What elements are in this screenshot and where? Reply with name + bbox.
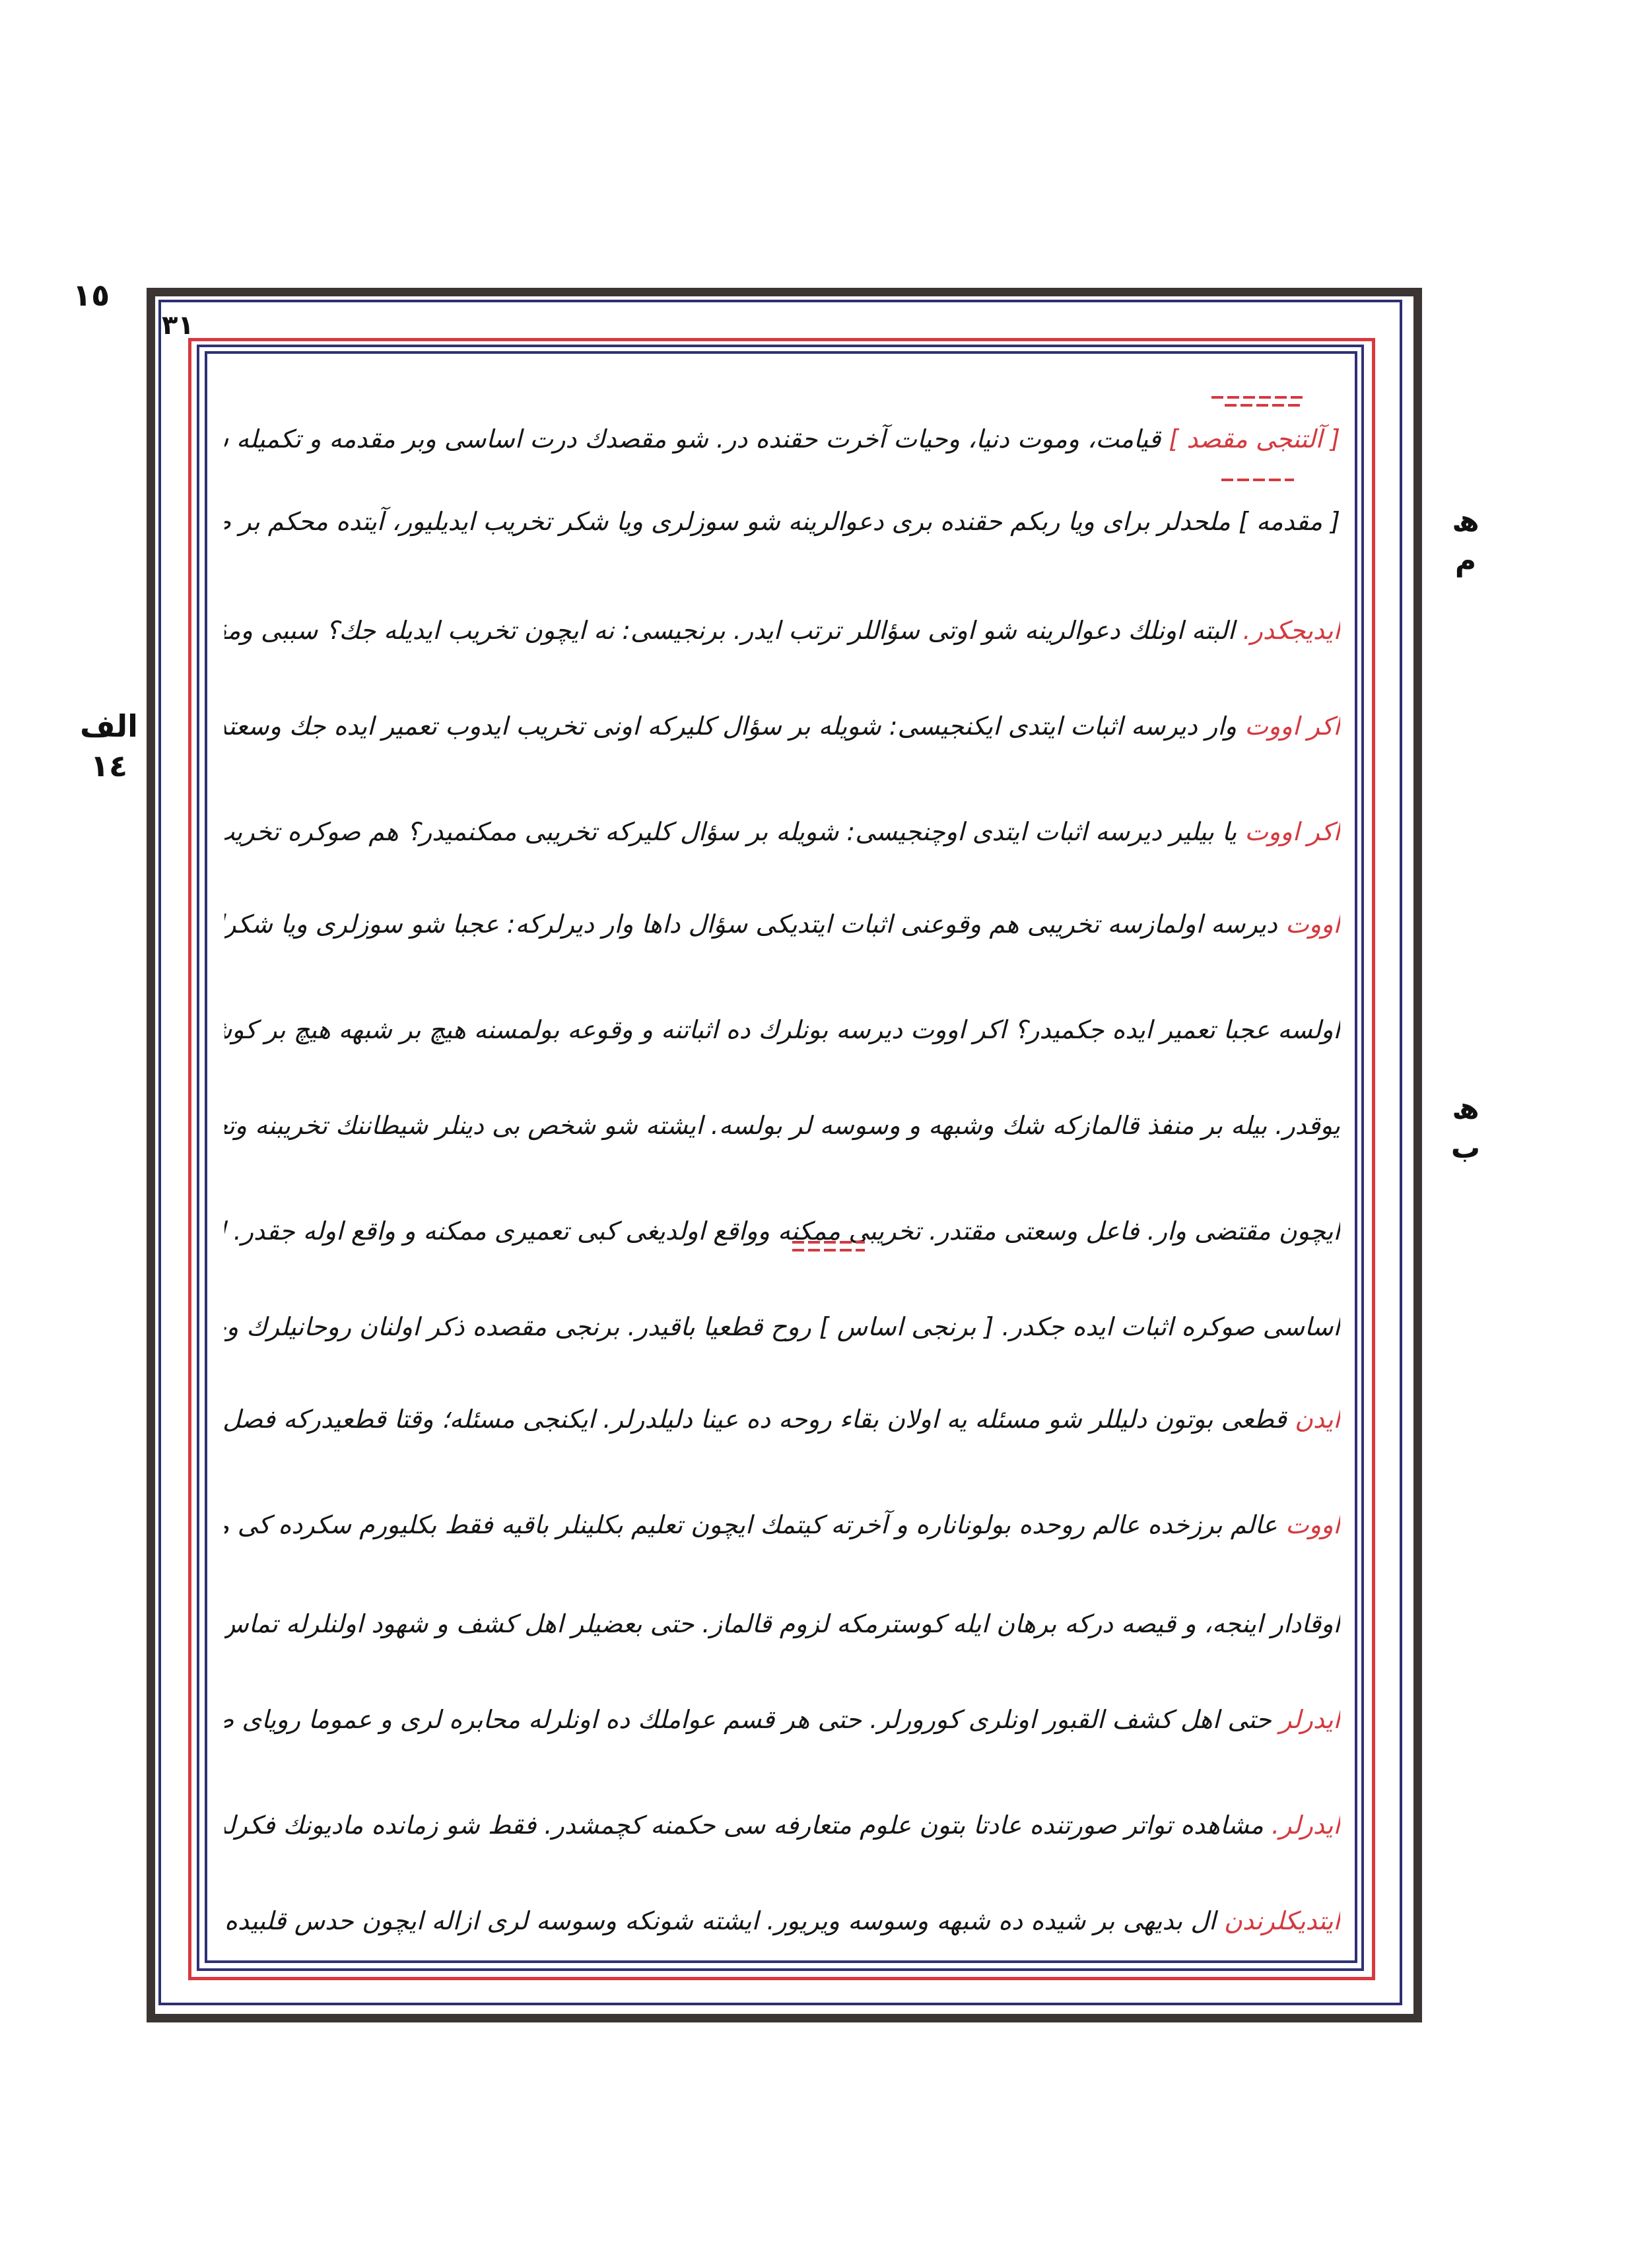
line-lead: اووت: [1285, 1510, 1340, 1539]
red-overline-mark: [1221, 479, 1294, 481]
margin-note-left-word: الف: [73, 706, 145, 746]
folio-number-inner: ٣١: [162, 310, 194, 341]
red-overline-mark: [792, 1249, 865, 1251]
line-text: دیرسه اولمازسه تخریبی هم وقوعنی اثبات ای…: [224, 910, 1277, 939]
line-lead: [ مقدمه ]: [1239, 507, 1340, 536]
line-text: مشاهده تواتر صورتنده عادتا بتون علوم متع…: [224, 1811, 1264, 1840]
text-line: اکر اووت یا بیلیر دیرسه اثبات ایتدی اوچن…: [224, 809, 1340, 855]
text-line: ایچون مقتضی وار. فاعل وسعتی مقتدر. تخریب…: [224, 1208, 1340, 1254]
line-lead: ایدرلر.: [1272, 1811, 1340, 1840]
line-lead: یوقدر.: [1275, 1111, 1340, 1140]
line-text: حتی اهل کشف القبور اونلری کورورلر. حتی ه…: [224, 1705, 1272, 1734]
margin-note-left-number: ١٤: [73, 746, 145, 785]
line-text: ملحدلر برای ویا ربکم حقنده بری دعوالرینه…: [224, 507, 1231, 536]
line-text: قیامت، وموت دنیا، وحیات آخرت حقنده در. ش…: [224, 424, 1161, 453]
margin-note-right-upper-1: ھ: [1439, 502, 1492, 541]
line-lead: ایدیجکدر.: [1242, 616, 1340, 645]
line-text: بیله بر منفذ قالمازکه شك وشبهه و وسوسه ل…: [224, 1111, 1267, 1140]
text-line: اوقادار اینجه، و قیصه درکه برهان ایله کو…: [224, 1601, 1340, 1647]
margin-note-right-lower-2: ب: [1439, 1129, 1492, 1168]
text-line: ایدرلر حتی اهل کشف القبور اونلری کورورلر…: [224, 1696, 1340, 1743]
text-line: [ مقدمه ] ملحدلر برای ویا ربکم حقنده بری…: [224, 498, 1340, 545]
text-line: اولسه عجبا تعمیر ایده جکمیدر؟ اکر اووت د…: [224, 1007, 1340, 1053]
line-lead: ایتدیکلرندن: [1224, 1906, 1340, 1935]
red-overline-mark: [1211, 396, 1304, 399]
line-text: صوکره اثبات ایده جکدر. [ برنجی اساس ] رو…: [224, 1312, 1254, 1341]
line-text: قطعی بوتون دلیللر شو مسئله یه اولان بقاء…: [224, 1405, 1287, 1434]
line-text: یا بیلیر دیرسه اثبات ایتدی اوچنجیسی: شوی…: [224, 817, 1237, 846]
line-lead: اولسه: [1277, 1015, 1340, 1044]
text-line: اساسی صوکره اثبات ایده جکدر. [ برنجی اسا…: [224, 1304, 1340, 1350]
line-lead: اساسی: [1263, 1312, 1341, 1341]
line-text: البته اونلك دعوالرینه شو اوتی سؤاللر ترت…: [224, 616, 1235, 645]
text-line: اکر اووت وار دیرسه اثبات ایتدی ایکنجیسی:…: [224, 703, 1340, 749]
line-lead: ایچون: [1279, 1217, 1340, 1246]
red-overline-mark: [792, 1241, 865, 1244]
line-lead: اکر اووت: [1244, 712, 1340, 741]
text-line: ایتدیکلرندن ال بدیهی بر شیده ده شبهه وسو…: [224, 1898, 1340, 1944]
text-line: اووت عالم برزخده عالم روحده بولوناناره و…: [224, 1502, 1340, 1548]
folio-number-outer: ١٥: [73, 277, 110, 313]
line-text: عالم برزخده عالم روحده بولوناناره و آخرت…: [224, 1510, 1277, 1539]
line-lead: اکر اووت: [1244, 817, 1340, 846]
line-lead: اوقادار: [1272, 1609, 1340, 1638]
line-text: مقتضی وار. فاعل وسعتی مقتدر. تخریبی ممکن…: [224, 1217, 1271, 1246]
text-line: اووت دیرسه اولمازسه تخریبی هم وقوعنی اثب…: [224, 901, 1340, 947]
margin-note-right-lower-1: ھ: [1439, 1089, 1492, 1129]
line-lead: [ آلتنجی مقصد ]: [1169, 424, 1340, 453]
margin-note-right-upper: ھ م: [1439, 502, 1492, 581]
text-line: [ آلتنجی مقصد ] قیامت، وموت دنیا، وحیات …: [224, 416, 1340, 462]
line-lead: ایدرلر: [1279, 1705, 1340, 1734]
margin-note-right-upper-2: م: [1439, 541, 1492, 581]
line-text: عجبا تعمیر ایده جکمیدر؟ اکر اووت دیرسه ب…: [224, 1015, 1270, 1044]
text-line: ایدن قطعی بوتون دلیللر شو مسئله یه اولان…: [224, 1396, 1340, 1442]
red-overline-mark: [1225, 404, 1304, 407]
line-text: اینجه، و قیصه درکه برهان ایله کوسترمکه ل…: [224, 1609, 1263, 1638]
text-line: ایدرلر. مشاهده تواتر صورتنده عادتا بتون …: [224, 1802, 1340, 1848]
line-lead: اووت: [1285, 910, 1340, 939]
text-line: ایدیجکدر. البته اونلك دعوالرینه شو اوتی …: [224, 607, 1340, 653]
text-line: یوقدر. بیله بر منفذ قالمازکه شك وشبهه و …: [224, 1102, 1340, 1149]
margin-note-right-lower: ھ ب: [1439, 1089, 1492, 1168]
line-text: ال بدیهی بر شیده ده شبهه وسوسه ویریور. ا…: [224, 1906, 1216, 1935]
margin-note-left: الف ١٤: [73, 706, 145, 785]
line-lead: ایدن: [1295, 1405, 1340, 1434]
line-text: وار دیرسه اثبات ایتدی ایکنجیسی: شویله بر…: [224, 712, 1237, 741]
